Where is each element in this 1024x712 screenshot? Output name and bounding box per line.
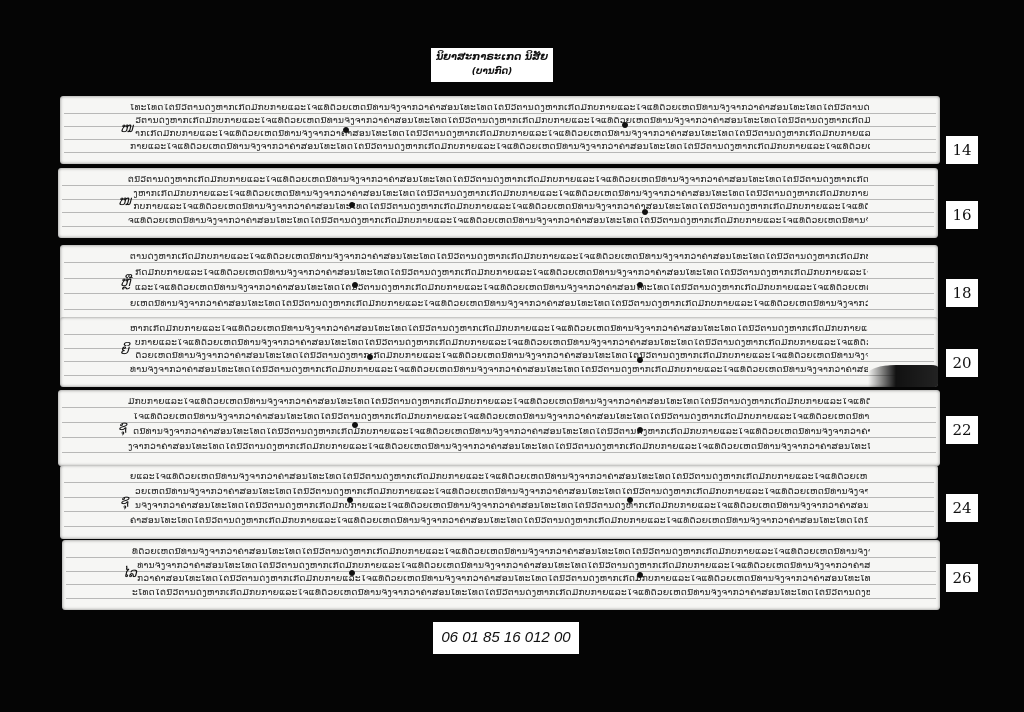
damage-stain (868, 365, 938, 387)
manuscript-title: ນິຍາສະກາຣະເກດ ນິສັຍ (431, 51, 553, 65)
script-line: ຄຳສອນໂທະໂທດໃຕ່ນີ້ວີຕານດັ່ງຫາກເກີດມີກັບກາ… (130, 517, 868, 525)
string-hole (642, 209, 648, 215)
script-line: ແລະໃຈແທ້ດ້ວຍເຫດນີ້ທ່ານຈຶ່ງຈາກວ່າຄຳສອນໂທະ… (135, 284, 868, 292)
palm-leaf: ໜຕ່ນີ້ວີຕານດັ່ງຫາກເກີດມີກັບກາຍແລະໃຈແທ້ດ້… (58, 168, 938, 238)
script-line: ຕານດັ່ງຫາກເກີດມີກັບກາຍແລະໃຈແທ້ດ້ວຍເຫດນີ້… (130, 253, 868, 261)
ruled-line (62, 199, 934, 200)
palm-leaf: ຊຸຍແລະໃຈແທ້ດ້ວຍເຫດນີ້ທ່ານຈຶ່ງຈາກວ່າຄຳສອນ… (60, 465, 938, 539)
script-line: ກວ່າຄຳສອນໂທະໂທດໃຕ່ນີ້ວີຕານດັ່ງຫາກເກີດມີກ… (137, 575, 870, 583)
ruled-line (64, 334, 934, 335)
ruled-line (64, 309, 934, 310)
script-line: ຫາກເກີດມີກັບກາຍແລະໃຈແທ້ດ້ວຍເຫດນີ້ທ່ານຈຶ່… (130, 325, 868, 333)
ruled-line (64, 511, 934, 512)
script-line: ໃຈແທ້ດ້ວຍເຫດນີ້ທ່ານຈຶ່ງຈາກວ່າຄຳສອນໂທະໂທດ… (133, 413, 870, 421)
palm-leaf: ຫຼືຕານດັ່ງຫາກເກີດມີກັບກາຍແລະໃຈແທ້ດ້ວຍເຫດ… (60, 245, 938, 323)
ruled-line (64, 152, 936, 153)
manuscript-subtitle: (ບານກົດ) (431, 65, 553, 79)
string-hole (637, 357, 643, 363)
string-hole (349, 202, 355, 208)
ruled-line (64, 126, 936, 127)
folio-mark: ໄລ (122, 566, 137, 581)
page-number-label: 20 (946, 349, 978, 377)
script-line: ທ້ດ້ວຍເຫດນີ້ທ່ານຈຶ່ງຈາກວ່າຄຳສອນໂທະໂທດໃຕ່… (132, 548, 870, 556)
ruled-line (62, 212, 934, 213)
script-line: ກາຍແລະໃຈແທ້ດ້ວຍເຫດນີ້ທ່ານຈຶ່ງຈາກວ່າຄຳສອນ… (130, 143, 870, 151)
script-line: ຕ່ນີ້ວີຕານດັ່ງຫາກເກີດມີກັບກາຍແລະໃຈແທ້ດ້ວ… (128, 176, 868, 184)
script-line: ທ່ານຈຶ່ງຈາກວ່າຄຳສອນໂທະໂທດໃຕ່ນີ້ວີຕານດັ່ງ… (130, 366, 868, 374)
ruled-line (64, 375, 934, 376)
string-hole (352, 422, 358, 428)
script-line: ະໂທດໃຕ່ນີ້ວີຕານດັ່ງຫາກເກີດມີກັບກາຍແລະໃຈແ… (132, 589, 870, 597)
script-line: ງຈາກວ່າຄຳສອນໂທະໂທດໃຕ່ນີ້ວີຕານດັ່ງຫາກເກີດ… (128, 443, 870, 451)
string-hole (622, 122, 628, 128)
page-number-label: 26 (946, 564, 978, 592)
ruled-line (64, 278, 934, 279)
script-line: ັ່ງຫາກເກີດມີກັບກາຍແລະໃຈແທ້ດ້ວຍເຫດນີ້ທ່ານ… (133, 190, 868, 198)
page-number-label: 24 (946, 494, 978, 522)
script-line: ດນີ້ທ່ານຈຶ່ງຈາກວ່າຄຳສອນໂທະໂທດໃຕ່ນີ້ວີຕານ… (133, 428, 870, 436)
ruled-line (64, 482, 934, 483)
ruled-line (62, 422, 936, 423)
ruled-line (64, 361, 934, 362)
ruled-line (66, 584, 936, 585)
string-hole (349, 570, 355, 576)
script-line: ຈແທ້ດ້ວຍເຫດນີ້ທ່ານຈຶ່ງຈາກວ່າຄຳສອນໂທະໂທດໃ… (128, 217, 868, 225)
script-line: ້ວີຕານດັ່ງຫາກເກີດມີກັບກາຍແລະໃຈແທ້ດ້ວຍເຫດ… (135, 117, 870, 125)
ruled-line (64, 113, 936, 114)
manuscript-title-card: ນິຍາສະກາຣະເກດ ນິສັຍ (ບານກົດ) (431, 48, 553, 82)
ruled-line (62, 437, 936, 438)
ruled-line (66, 598, 936, 599)
page-number-label: 14 (946, 136, 978, 164)
script-line: ີກັບກາຍແລະໃຈແທ້ດ້ວຍເຫດນີ້ທ່ານຈຶ່ງຈາກວ່າຄ… (133, 203, 868, 211)
string-hole (637, 282, 643, 288)
string-hole (352, 282, 358, 288)
page-number-label: 22 (946, 416, 978, 444)
script-line: ້ດ້ວຍເຫດນີ້ທ່ານຈຶ່ງຈາກວ່າຄຳສອນໂທະໂທດໃຕ່ນ… (135, 352, 868, 360)
ruled-line (64, 348, 934, 349)
script-line: ຍແລະໃຈແທ້ດ້ວຍເຫດນີ້ທ່ານຈຶ່ງຈາກວ່າຄຳສອນໂທ… (130, 473, 868, 481)
folio-mark: ໜ (120, 121, 133, 136)
ruled-line (64, 526, 934, 527)
script-line: າກເກີດມີກັບກາຍແລະໃຈແທ້ດ້ວຍເຫດນີ້ທ່ານຈຶ່ງ… (135, 130, 870, 138)
palm-leaf: ໜໂທະໂທດໃຕ່ນີ້ວີຕານດັ່ງຫາກເກີດມີກັບກາຍແລະ… (60, 96, 940, 164)
script-line: ໂທະໂທດໃຕ່ນີ້ວີຕານດັ່ງຫາກເກີດມີກັບກາຍແລະໃ… (130, 104, 870, 112)
folio-mark: ໜ (118, 194, 131, 209)
script-line: ບກາຍແລະໃຈແທ້ດ້ວຍເຫດນີ້ທ່ານຈຶ່ງຈາກວ່າຄຳສອ… (135, 339, 868, 347)
script-line: ນຈຶ່ງຈາກວ່າຄຳສອນໂທະໂທດໃຕ່ນີ້ວີຕານດັ່ງຫາກ… (135, 502, 868, 510)
page-number-label: 16 (946, 201, 978, 229)
string-hole (637, 572, 643, 578)
palm-leaf: ໄລທ້ດ້ວຍເຫດນີ້ທ່ານຈຶ່ງຈາກວ່າຄຳສອນໂທະໂທດໃ… (62, 540, 940, 610)
script-line: ຍເຫດນີ້ທ່ານຈຶ່ງຈາກວ່າຄຳສອນໂທະໂທດໃຕ່ນີ້ວີ… (130, 300, 868, 308)
catalogue-id-card: 06 01 85 16 012 00 (433, 622, 579, 654)
ruled-line (64, 293, 934, 294)
folio-mark: ຍິ (120, 343, 129, 358)
catalogue-id: 06 01 85 16 012 00 (441, 629, 570, 646)
string-hole (637, 427, 643, 433)
script-line: ມີກັບກາຍແລະໃຈແທ້ດ້ວຍເຫດນີ້ທ່ານຈຶ່ງຈາກວ່າ… (128, 398, 870, 406)
ruled-line (62, 226, 934, 227)
ruled-line (62, 407, 936, 408)
palm-leaf: ຊຸມີກັບກາຍແລະໃຈແທ້ດ້ວຍເຫດນີ້ທ່ານຈຶ່ງຈາກວ… (58, 390, 940, 466)
ruled-line (66, 571, 936, 572)
script-line: ວຍເຫດນີ້ທ່ານຈຶ່ງຈາກວ່າຄຳສອນໂທະໂທດໃຕ່ນີ້ວ… (135, 488, 868, 496)
palm-leaf: ຍິຫາກເກີດມີກັບກາຍແລະໃຈແທ້ດ້ວຍເຫດນີ້ທ່ານຈ… (60, 317, 938, 387)
folio-mark: ຊຸ (120, 493, 129, 508)
string-hole (347, 497, 353, 503)
ruled-line (64, 139, 936, 140)
ruled-line (62, 452, 936, 453)
string-hole (343, 127, 349, 133)
script-line: ້ທ່ານຈຶ່ງຈາກວ່າຄຳສອນໂທະໂທດໃຕ່ນີ້ວີຕານດັ່… (137, 562, 870, 570)
string-hole (367, 354, 373, 360)
ruled-line (66, 557, 936, 558)
ruled-line (62, 185, 934, 186)
script-line: ກີດມີກັບກາຍແລະໃຈແທ້ດ້ວຍເຫດນີ້ທ່ານຈຶ່ງຈາກ… (135, 269, 868, 277)
string-hole (627, 497, 633, 503)
ruled-line (64, 262, 934, 263)
ruled-line (64, 497, 934, 498)
page-number-label: 18 (946, 279, 978, 307)
